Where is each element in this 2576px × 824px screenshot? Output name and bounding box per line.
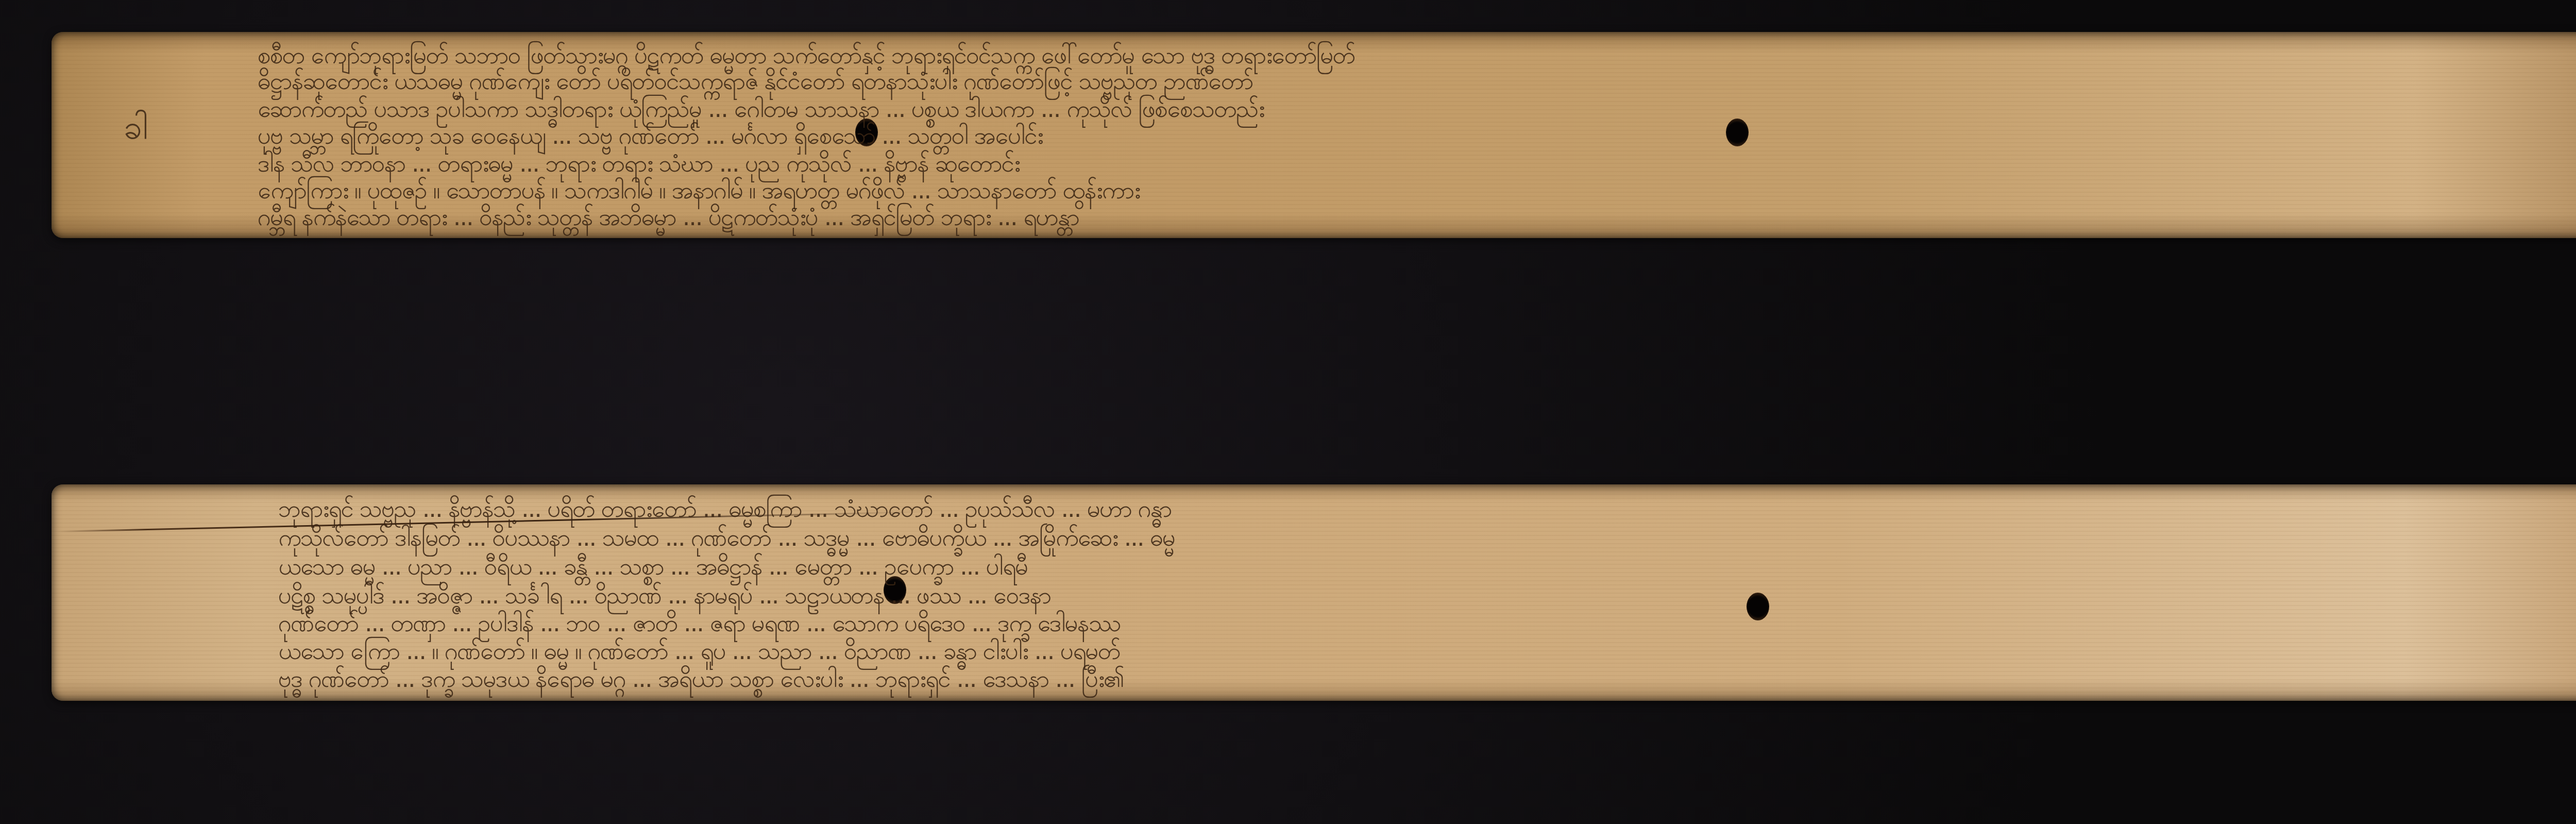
palm-leaf-top: ခါ စစီတ ကျော်ဘုရားမြတ် သဘာဝ ဖြတ်သွားမဂ္ဂ…	[52, 32, 2576, 238]
page-marker: ခါ	[124, 107, 148, 155]
text-line: ဒါန သီလ ဘာဝနာ ... တရားဓမ္မ ... ဘုရား တရာ…	[258, 152, 1020, 175]
text-line: ပဋိစ္စ သမုပ္ပါဒ် ... အဝိဇ္ဇာ ... သင်္ခါရ…	[278, 583, 1050, 607]
text-line: ကျော်ကြား ။ ပုထုဇဉ် ။ သောတာပန် ။ သကဒါဂါမ…	[258, 178, 1140, 202]
text-line: စစီတ ကျော်ဘုရားမြတ် သဘာဝ ဖြတ်သွားမဂ္ဂ ပိ…	[258, 43, 1355, 67]
string-hole-right	[1747, 593, 1769, 620]
palm-leaf-bottom: ဘုရားရှင် သဗ္ဗညု ... နိဗ္ဗာန်သို့ ... ပရ…	[52, 484, 2576, 701]
text-line: ပုဗ္ဗ သမ္ဘာ ရကြိုတော့ သုခ ဝေနေယျ ... သဗ္…	[258, 124, 1043, 147]
text-line: ကုသိုလ်တော် ဒါနမြတ် ... ဝိပဿနာ ... သမထ .…	[278, 526, 1175, 549]
text-line: ဘုရားရှင် သဗ္ဗညု ... နိဗ္ဗာန်သို့ ... ပရ…	[278, 497, 1172, 520]
text-line: ဆောက်တည် ပသာဒ ဥပါသကာ သဒ္ဓါတရား ယုံကြည်မှ…	[258, 97, 1264, 121]
text-line: ယသော ကြော ... ။ ဂုဏ်တော် ။ ဓမ္မ ။ ဂုဏ်တေ…	[278, 639, 1120, 663]
text-line: ဓိဋ္ဌာန်ဆုတောင်း ယသဓမ္မ ဂုဏ်ကျေး တော် ပရ…	[258, 69, 1253, 93]
text-line: ယသော ဓမ္မ ... ပညာ ... ဝီရိယ ... ခန္တီ ..…	[278, 554, 1028, 578]
text-line: ဗုဒ္ဓ ဂုဏ်တော် ... ဒုက္ခ သမုဒယ နိရောဓ မဂ…	[278, 667, 1124, 691]
text-line: ဂုဏ်တော် ... တဏှာ ... ဥပါဒါန် ... ဘဝ ...…	[278, 611, 1120, 635]
string-hole-right	[1726, 119, 1749, 146]
text-line: ဂမ္ဘီရ နက်နဲသော တရား ... ဝိနည်း သုတ္တန် …	[258, 205, 1079, 229]
